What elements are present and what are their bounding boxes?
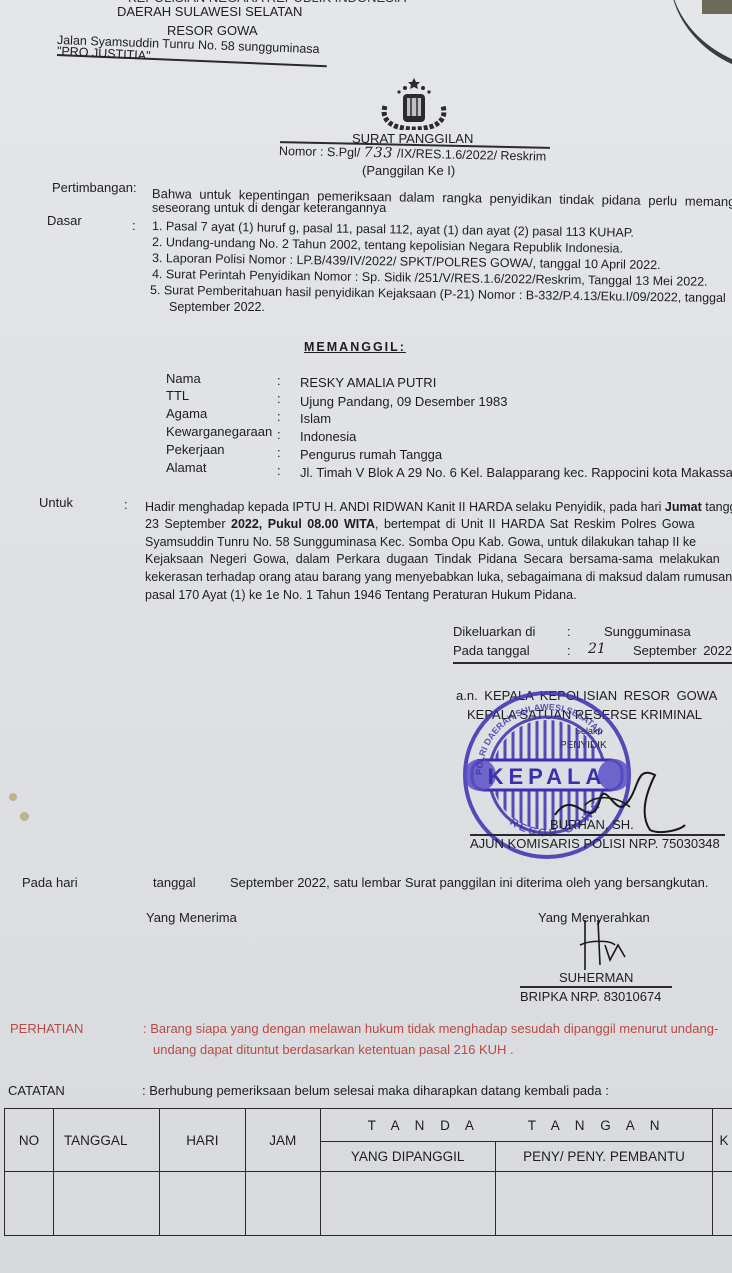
field-value: RESKY AMALIA PUTRI [300,375,436,390]
perhatian-label: PERHATIAN [10,1021,83,1036]
receiver-label: Yang Menerima [146,910,237,925]
day-bold: Jumat [665,500,702,514]
dasar-label: Dasar [47,213,82,228]
field-value: Jl. Timah V Blok A 29 No. 6 Kel. Balappa… [300,465,732,480]
field-colon: : [277,427,281,442]
field-label: TTL [166,388,189,403]
issued-date-label: Pada tanggal [453,643,530,658]
table-header-row: NO TANGGAL HARI JAM T A N D A T A N G A … [5,1109,732,1142]
header-jam: JAM [245,1109,320,1172]
signatory-rank: AJUN KOMISARIS POLISI NRP. 75030348 [470,836,720,851]
issued-place-label: Dikeluarkan di [453,624,535,639]
header-partial: K [713,1109,732,1172]
cell-no[interactable] [5,1172,54,1236]
cell-yang-dipanggil[interactable] [320,1172,495,1236]
untuk-line-3: Syamsuddin Tunru No. 58 Sungguminasa Kec… [145,535,696,549]
field-colon: : [277,445,281,460]
cell-peny-pembantu[interactable] [495,1172,713,1236]
field-label: Kewarganegaraan [166,424,272,439]
issued-divider [453,662,732,664]
giver-name: SUHERMAN [559,970,633,985]
dasar-item-5-cont: September 2022. [169,300,265,314]
cell-partial [713,1172,732,1236]
issued-date-day-handwritten: 21 [588,641,606,657]
text: tanggal [702,500,732,514]
issued-date-colon: : [567,643,571,658]
signatory-name: BURHAN, SH. [550,817,634,832]
pertimbangan-line2: seseorang untuk di dengar keterangannya [152,201,386,215]
header-no: NO [5,1109,54,1172]
return-schedule-table: NO TANGGAL HARI JAM T A N D A T A N G A … [4,1108,732,1236]
number-suffix: /IX/RES.1.6/2022/ Reskrim [397,146,547,163]
field-colon: : [277,391,281,406]
issued-date-rest: September 2022 [633,643,732,658]
field-value: Ujung Pandang, 09 Desember 1983 [300,394,507,409]
table-row [5,1172,732,1236]
untuk-colon: : [124,497,128,512]
field-label: Alamat [166,460,206,475]
giver-divider [520,986,672,988]
field-label: Nama [166,371,201,386]
issued-place-colon: : [567,624,571,639]
receipt-text: September 2022, satu lembar Surat panggi… [230,875,708,890]
paper-curl [655,0,732,74]
text: , bertempat di Unit II HARDA Sat Reskim … [375,517,695,531]
police-emblem-icon [375,76,453,130]
cell-jam[interactable] [245,1172,320,1236]
receipt-tanggal: tanggal [153,875,196,890]
paper-stain [9,793,17,801]
dasar-colon: : [132,218,136,233]
letterhead-line2: DAERAH SULAWESI SELATAN [117,4,302,19]
header-yang-dipanggil: YANG DIPANGGIL [320,1142,495,1172]
text: 23 September [145,517,231,531]
catatan-text: : Berhubung pemeriksaan belum selesai ma… [142,1083,609,1098]
untuk-line-6: pasal 170 Ayat (1) ke 1e No. 1 Tahun 194… [145,588,577,602]
field-colon: : [277,373,281,388]
field-value: Indonesia [300,429,356,444]
paper-stain [20,812,29,821]
perhatian-line2: undang dapat dituntut berdasarkan ketent… [153,1042,514,1057]
field-value: Pengurus rumah Tangga [300,447,442,462]
number-handwritten: 733 [364,145,394,162]
header-peny-pembantu: PENY/ PENY. PEMBANTU [495,1142,713,1172]
text: Hadir menghadap kepada IPTU H. ANDI RIDW… [145,500,665,514]
field-value: Islam [300,411,331,426]
number-prefix: Nomor : S.Pgl/ [279,144,361,160]
untuk-line-1: Hadir menghadap kepada IPTU H. ANDI RIDW… [145,500,732,514]
issued-place-value: Sungguminasa [604,624,691,639]
field-label: Agama [166,406,207,421]
header-tanggal: TANGGAL [53,1109,159,1172]
catatan-label: CATATAN [8,1083,65,1098]
perhatian-line1: : Barang siapa yang dengan melawan hukum… [143,1021,718,1036]
giver-rank: BRIPKA NRP. 83010674 [520,989,661,1004]
letterhead-line3: RESOR GOWA [167,23,258,38]
untuk-label: Untuk [39,495,73,510]
cell-tanggal[interactable] [53,1172,159,1236]
untuk-line-5: kekerasan terhadap orang atau barang yan… [145,570,732,584]
signature-suherman-icon [570,915,640,975]
field-colon: : [277,463,281,478]
header-hari: HARI [159,1109,245,1172]
untuk-line-2: 23 September 2022, Pukul 08.00 WITA, ber… [145,517,695,531]
receipt-pada-hari: Pada hari [22,875,78,890]
header-tanda-tangan: T A N D A T A N G A N [320,1109,713,1142]
field-label: Pekerjaan [166,442,225,457]
document-subtitle: (Panggilan Ke I) [362,163,455,178]
untuk-line-4: Kejaksaan Negeri Gowa, dalam Perkara dug… [145,552,720,566]
memanggil-heading: MEMANGGIL: [304,340,406,354]
field-colon: : [277,409,281,424]
pertimbangan-label: Pertimbangan: [52,180,137,195]
time-bold: 2022, Pukul 08.00 WITA [231,517,375,531]
cell-hari[interactable] [159,1172,245,1236]
